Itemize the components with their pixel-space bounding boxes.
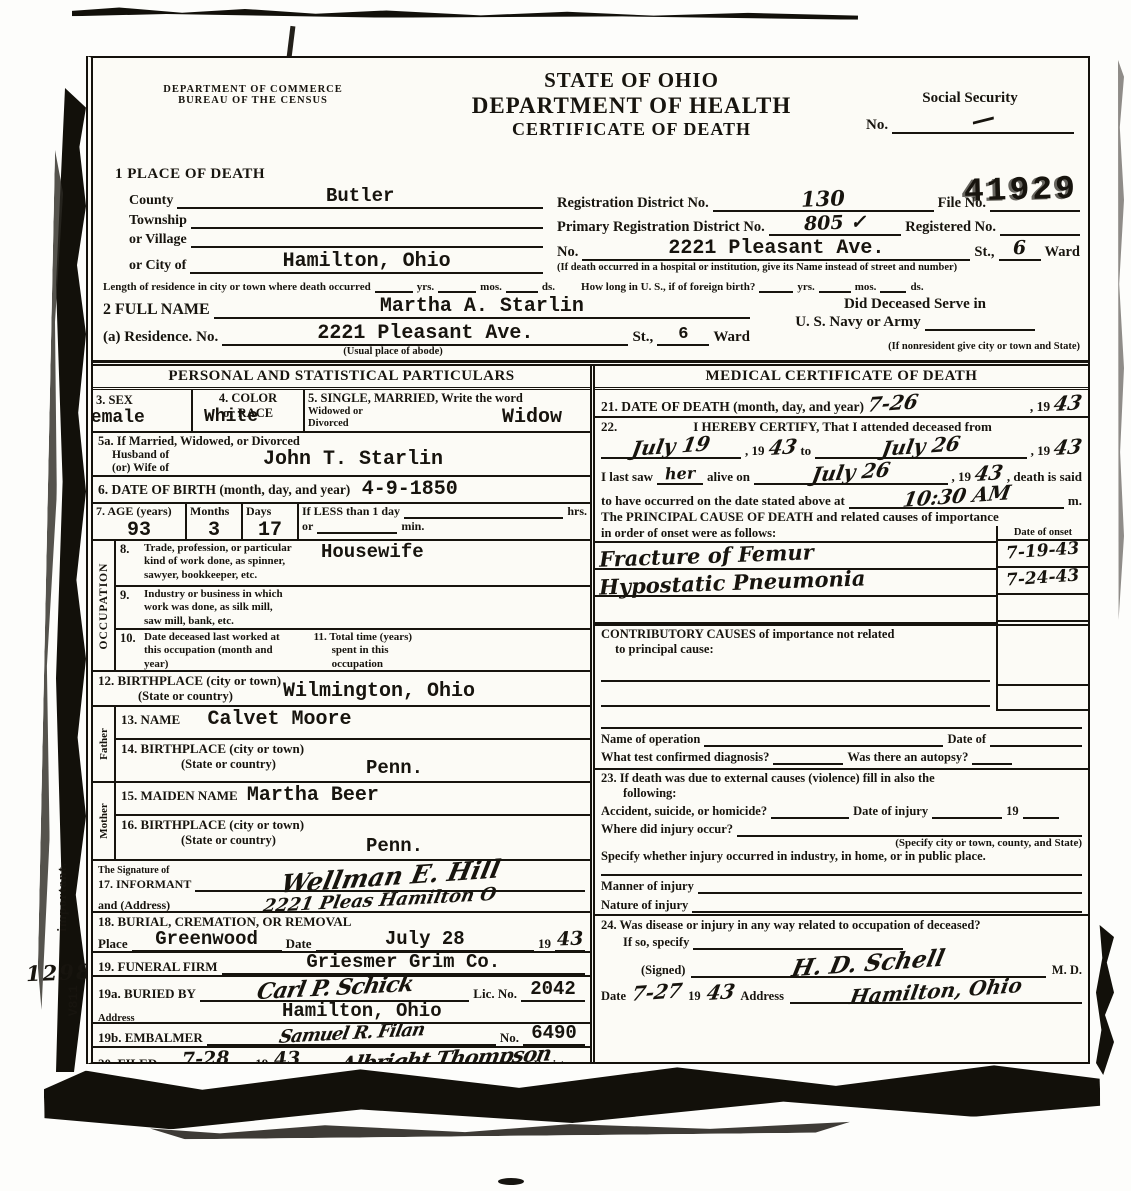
scan-artifact-right-edge [1118,60,1124,620]
contributory-label1: CONTRIBUTORY CAUSES of importance not re… [601,627,990,642]
us-yrs-label: yrs. [797,281,814,293]
informant-label2: 17. INFORMANT [98,877,191,891]
to-label: to [800,443,811,459]
autopsy-label: Was there an autopsy? [847,750,968,765]
place-of-death-block: 1 PLACE OF DEATH County Butler Township … [103,164,543,274]
contributory-blank-line-3 [601,711,1082,729]
onset-blank-line-1 [998,661,1088,686]
village-label: or Village [129,232,187,248]
if-so-field [693,935,903,950]
md-label: M. D. [1052,963,1082,978]
injury-nineteen-label: 19 [1006,804,1019,819]
onset-date-blank-line [998,595,1088,622]
date-of-death-row: 21. DATE OF DEATH (month, day, and year)… [595,390,1088,418]
social-security-label: Social Security [860,90,1080,107]
embalmer-signature-field: Samuel R. Filan [207,1025,496,1046]
occurred-label: to have occurred on the date stated abov… [601,493,845,509]
occupation-row-8: 8. Trade, profession, or particular kind… [116,541,590,587]
hrs-label: hrs. [567,504,587,519]
mother-name-value: Martha Beer [247,784,379,807]
registration-district-field: 130 [713,188,934,212]
test-label: What test confirmed diagnosis? [601,750,769,765]
occupation-row-10-11: 10. Date deceased last worked at this oc… [116,630,590,670]
min-label: min. [401,519,424,534]
m-label: m. [1068,493,1082,509]
occupation-value: Housewife [321,541,424,563]
length-of-residence-line: Length of residence in city or town wher… [103,279,1080,293]
residence-no-field: 2221 Pleasant Ave. [222,323,628,346]
certificate-sheet: Department of Commerce Bureau of the Cen… [86,56,1090,1064]
manner-field [698,879,1082,894]
buried-by-signature-field: Carl P. Schick [200,977,469,1002]
q23-line2: following: [623,786,1082,801]
filed-year-prefix: 19 [255,1056,268,1062]
margin-handwritten-note: 1298 [26,959,93,986]
ssn-field: — [892,113,1074,134]
burial-place-label: Place [98,936,128,952]
cause-2-value: Hypostatic Pneumonia [599,565,866,599]
physician-address-label: Address [740,989,784,1004]
residence-no-label: No. [196,329,218,346]
last-saw-label: I last saw [601,469,653,485]
hospital-note: (If death occurred in a hospital or inst… [557,262,1080,273]
manner-label: Manner of injury [601,879,694,894]
contributory-blank-line-2 [601,682,990,707]
time-of-death-value: 10:30 AM [901,482,1012,511]
days-value: 17 [258,519,282,542]
attended-from-year: 43 [766,434,798,460]
dod-year: 43 [1052,390,1084,416]
months-label: Months [190,504,238,519]
filed-label: 20. FILED [98,1056,157,1062]
residence-ds-field [506,279,538,293]
autopsy-field [972,750,1012,765]
date-of-birth-row: 6. DATE OF BIRTH (month, day, and year) … [93,477,590,504]
specify-line: Specify whether injury occurred in indus… [601,849,1082,864]
burial-place-field: Greenwood [132,930,282,952]
county-value: Butler [326,185,394,207]
onset-column-extension [996,626,1088,711]
row9-text2: work was done, as silk mill, [144,601,273,613]
dod-label: 21. DATE OF DEATH (month, day, and year) [601,399,864,415]
city-field: Hamilton, Ohio [190,251,543,274]
social-security-block: Social Security No. — [860,62,1080,164]
served-line1: Did Deceased Serve in [750,296,1080,313]
street-field: 2221 Pleasant Ave. [582,238,970,261]
dod-value: 7-26 [866,389,920,417]
birthplace-value: Wilmington, Ohio [283,680,475,703]
certify-block: 22. I HEREBY CERTIFY, That I attended de… [595,418,1088,526]
registration-block: 41929 Registration District No. 130 File… [557,164,1080,274]
specify-city-note: (Specify city or town, county, and State… [601,837,1082,849]
funeral-firm-label: 19. FUNERAL FIRM [98,959,218,975]
or-label: or [302,519,313,534]
father-birthplace-row: 14. BIRTHPLACE (city or town) (State or … [116,740,590,781]
cause-1-line: Fracture of Femur [595,543,996,570]
personal-particulars-column: PERSONAL AND STATISTICAL PARTICULARS 3. … [93,366,595,1062]
mother-bp-value: Penn. [366,835,423,857]
attended-to-date: July 26 [880,433,962,460]
mother-birthplace-row: 16. BIRTHPLACE (city or town) (State or … [116,816,590,859]
nature-label: Nature of injury [601,898,688,913]
row11-text1: Total time (years) [329,631,412,643]
residence-ward-label: Ward [713,329,750,346]
age-label: 7. AGE (years) [96,504,182,519]
filed-date-value: 7-28 [182,1049,230,1062]
row8-number: 8. [120,542,144,584]
registered-no-field [1000,219,1080,236]
sex-value: Female [93,408,145,428]
last-saw-handwritten: her [665,466,696,484]
medical-certificate-column: MEDICAL CERTIFICATE OF DEATH 21. DATE OF… [595,366,1088,1062]
attended-to-field: July 26 [815,436,1026,459]
spouse-row: 5a. If Married, Widowed, or Divorced Hus… [93,433,590,477]
onset-date-2: 7-24-43 [1006,565,1080,590]
ds-label: ds. [542,281,555,293]
full-name-field: Martha A. Starlin [214,296,750,319]
occupation-row-9: 9. Industry or business in which work wa… [116,587,590,630]
ward-field: 6 [999,239,1041,261]
registration-district-label: Registration District No. [557,195,709,212]
embalmer-signature: Samuel R. Filan [277,1021,426,1048]
marital-label1: 5. SINGLE, MARRIED, Write the word [308,391,587,406]
residence-label: (a) Residence. [103,329,192,346]
physician-address-value: Hamilton, Ohio [848,975,1024,1008]
us-ds-label: ds. [910,281,923,293]
medical-title: MEDICAL CERTIFICATE OF DEATH [595,366,1088,390]
personal-title: PERSONAL AND STATISTICAL PARTICULARS [93,366,590,390]
city-value: Hamilton, Ohio [283,250,451,273]
alive-on-date: July 26 [810,459,892,486]
age-days-cell: Days 17 [243,504,299,539]
state-title: STATE OF OHIO [403,62,860,93]
filed-year-field: 43 [272,1050,302,1062]
mother-name-label: 15. MAIDEN NAME [121,788,238,803]
mos-label: mos. [480,281,502,293]
accident-label: Accident, suicide, or homicide? [601,804,767,819]
dob-label: 6. DATE OF BIRTH (month, day, and year) [98,482,350,497]
residence-ward-value: 6 [678,325,688,344]
residence-st-label: St., [632,329,653,346]
test-field [773,750,843,765]
father-block: Father 13. NAME Calvet Moore 14. BIRTHPL… [93,707,590,783]
agency-line2: Bureau of the Census [103,95,403,106]
accident-field [771,804,849,819]
months-value: 3 [208,519,220,542]
buried-by-label: 19a. BURIED BY [98,986,196,1002]
injury-date-field [932,804,1002,819]
father-name-label: 13. NAME [121,712,180,727]
sig-date-label: Date [601,989,626,1004]
onset-date-1-line: 7-19-43 [998,541,1088,568]
st-label: St., [974,244,994,261]
scan-artifact-bottom-edge [44,1055,1101,1132]
sig-year-prefix: 19 [688,989,701,1004]
last-saw-field: her [657,466,703,485]
ward-value: 6 [1013,239,1027,259]
spouse-label1: 5a. If Married, Widowed, or Divorced [98,434,585,449]
alive-on-label: alive on [707,469,750,485]
place-of-death-heading: 1 PLACE OF DEATH [115,166,543,183]
operation-date-label: Date of [947,732,986,747]
birthplace-row: 12. BIRTHPLACE (city or town) (State or … [93,672,590,707]
father-vertical-label: Father [98,728,110,760]
age-years-cell: 7. AGE (years) 93 [93,504,187,539]
operation-block: Name of operation Date of What test conf… [595,711,1088,765]
navy-army-block: Did Deceased Serve in U. S. Navy or Army… [750,296,1080,357]
burial-year-prefix: 19 [538,936,551,952]
burial-date-field: July 28 [316,930,534,952]
county-field: Butler [177,187,543,209]
color-label1: 4. COLOR [196,391,300,406]
filed-year-value: 43 [274,1050,301,1062]
occupation-vertical-label-cell: OCCUPATION [93,541,116,670]
township-field [191,212,543,229]
father-name-value: Calvet Moore [207,708,351,731]
village-field [191,232,543,249]
burial-year-value: 43 [556,930,583,951]
days-label: Days [246,504,294,519]
nonresident-note: (If nonresident give city or town and St… [750,341,1080,352]
place-registration-block: 1 PLACE OF DEATH County Butler Township … [103,164,1080,274]
length-of-residence-label: Length of residence in city or town wher… [103,281,371,293]
onset-date-2-line: 7-24-43 [998,568,1088,595]
certificate-header: Department of Commerce Bureau of the Cen… [103,62,1080,164]
scan-artifact-dot [498,1178,524,1185]
filed-row: 20. FILED 7-28 19 43 Albright Thompson R… [93,1048,590,1062]
row9-text1: Industry or business in which [144,588,283,600]
death-said-label: , death is said [1007,469,1082,485]
row10-text1: Date deceased last worked at [144,631,280,643]
principal-cause-line1: The PRINCIPAL CAUSE OF DEATH and related… [601,509,1082,525]
ssn-handwritten-mark: — [970,110,996,127]
onset-blank-line-2 [998,686,1088,711]
to-year-prefix: , 19 [1031,443,1051,459]
issuing-agency: Department of Commerce Bureau of the Cen… [103,62,403,164]
margin-note-important: important. [54,862,70,932]
street-value: 2221 Pleasant Ave. [668,237,884,260]
marital-cell: 5. SINGLE, MARRIED, Write the word Widow… [305,390,590,431]
age-months-cell: Months 3 [187,504,243,539]
cause-blank-line [595,597,996,624]
served-line2: U. S. Navy or Army [795,314,921,331]
operation-field [704,732,943,747]
registrar-label: Registrar. [534,1059,582,1062]
row11-text2: spent in this [332,644,389,656]
yrs-label: yrs. [417,281,434,293]
father-vertical-label-cell: Father [93,707,116,781]
min-field [317,520,397,535]
full-name-label: 2 FULL NAME [103,301,210,319]
registered-no-label: Registered No. [905,219,996,236]
date-of-onset-column: Date of onset 7-19-43 7-24-43 [996,526,1088,624]
dod-year-prefix: , 19 [1030,399,1050,415]
operation-label: Name of operation [601,732,700,747]
how-long-us-label: How long in U. S., if of foreign birth? [581,281,755,293]
if-so-label: If so, specify [623,935,689,950]
external-causes-block: 23. If death was due to external causes … [595,768,1088,914]
sig-year-value: 43 [704,979,736,1005]
signed-label: (Signed) [641,963,685,978]
informant-label1: The Signature of [98,865,170,876]
q24-label: 24. Was disease or injury in any way rel… [601,918,1082,933]
registration-district-value: 130 [801,187,846,211]
where-injury-field [737,822,1082,837]
us-yrs-field [759,279,793,293]
scan-artifact-right-streak [1096,925,1114,1075]
sex-cell: 3. SEX Female [93,390,193,431]
residence-no-value: 2221 Pleasant Ave. [317,322,533,345]
color-cell: 4. COLOR or RACE White [193,390,305,431]
us-mos-field [819,279,851,293]
agency-line1: Department of Commerce [103,84,403,95]
alive-on-field: July 26 [754,462,948,485]
residence-mos-field [438,279,476,293]
mother-block: Mother 15. MAIDEN NAME Martha Beer 16. B… [93,783,590,861]
abode-note: (Usual place of abode) [223,346,563,357]
primary-registration-label: Primary Registration District No. [557,219,765,236]
injury-date-label: Date of injury [853,804,928,819]
operation-date-field [990,732,1082,747]
occupation-relation-block: 24. Was disease or injury in any way rel… [595,914,1088,1006]
row8-text1: Trade, profession, or particular [144,542,292,554]
informant-address-field: 2221 Pleas Hamilton O [174,892,585,913]
registered-number-stamp: 41929 [964,171,1079,211]
injury-year-field [1023,804,1059,819]
physician-address-field: Hamilton, Ohio [790,981,1082,1004]
father-name-row: 13. NAME Calvet Moore [116,707,590,740]
burial-date-value: July 28 [385,928,465,950]
primary-registration-field: 805 ✓ [769,214,901,236]
dob-value: 4-9-1850 [362,478,458,501]
item22-number: 22. [601,419,617,435]
q23-line1: 23. If death was due to external causes … [601,771,1082,786]
certificate-title-block: STATE OF OHIO DEPARTMENT OF HEALTH CERTI… [403,62,860,164]
mother-vertical-label-cell: Mother [93,783,116,859]
burial-place-value: Greenwood [155,928,258,950]
residence-yrs-field [375,279,413,293]
attended-from-date: July 19 [630,433,712,460]
row11-number: 11. [314,631,327,643]
sex-label: 3. SEX [96,393,133,407]
full-name-value: Martha A. Starlin [380,295,584,318]
mother-vertical-label: Mother [98,804,110,839]
lic-no-value: 2042 [530,978,576,1000]
attended-from-field: July 19 [601,436,741,459]
lic-no-field: 2042 [521,980,585,1002]
informant-row: The Signature of 17. INFORMANT Wellman E… [93,861,590,913]
department-title: DEPARTMENT OF HEALTH [403,93,860,119]
row9-text3: saw mill, bank, etc. [144,615,234,627]
occupation-block: OCCUPATION 8. Trade, profession, or part… [93,541,590,672]
lic-no-label: Lic. No. [473,986,517,1002]
where-injury-label: Where did injury occur? [601,822,733,837]
mother-name-row: 15. MAIDEN NAME Martha Beer [116,783,590,816]
row10-text3: year) [144,658,168,670]
informant-address-label: and (Address) [98,898,170,913]
nature-field [692,897,1082,912]
father-bp-label1: 14. BIRTHPLACE (city or town) [121,741,585,757]
margin-form-code: V811 [66,985,81,1016]
buried-by-row: 19a. BURIED BY Carl P. Schick Lic. No. 2… [93,977,590,1024]
burial-year-field: 43 [555,930,585,952]
cause-1-value: Fracture of Femur [599,539,814,571]
specify-blank-line [601,864,1082,876]
scan-artifact-top-smudge [72,7,858,19]
cause-2-line: Hypostatic Pneumonia [595,570,996,597]
informant-signature-field: Wellman E. Hill [195,864,585,892]
burial-row: 18. BURIAL, CREMATION, OR REMOVAL Place … [93,913,590,953]
buried-by-address-label: Address [98,1013,135,1024]
row10-text2: this occupation (month and [144,644,273,656]
funeral-firm-value: Griesmer Grim Co. [306,951,500,973]
row10-number: 10. [120,631,144,669]
street-no-label: No. [557,244,578,261]
hrs-field [404,505,563,520]
residence-ward-field: 6 [657,326,709,346]
certificate-title: CERTIFICATE OF DEATH [403,119,860,140]
color-value: White [204,408,300,426]
contributory-blank-line-1 [601,657,990,682]
buried-by-address-field: Hamilton, Ohio [139,1002,585,1024]
mother-bp-label1: 16. BIRTHPLACE (city or town) [121,817,585,833]
county-label: County [129,193,173,209]
row8-text3: sawyer, bookkeeper, etc. [144,569,257,581]
sig-date-value: 7-27 [630,978,684,1006]
attended-to-year: 43 [1052,434,1084,460]
row9-number: 9. [120,588,144,627]
onset-date-1: 7-19-43 [1006,538,1080,563]
certificate-columns: PERSONAL AND STATISTICAL PARTICULARS 3. … [93,366,1088,1062]
row8-text2: kind of work done, as spinner, [144,555,285,567]
marital-value: Widow [502,406,562,429]
spouse-value: John T. Starlin [263,448,443,471]
from-year-prefix: , 19 [745,443,765,459]
served-field [925,313,1035,331]
contributory-label2: to principal cause: [615,642,990,657]
primary-registration-value: 805 ✓ [804,213,867,235]
less-than-day-cell: If LESS than 1 day hrs. or min. [299,504,590,539]
occupation-vertical-label: OCCUPATION [98,562,110,649]
physician-signature: H. D. Schell [790,946,947,981]
scan-artifact-bottom-edge-2 [150,1118,850,1139]
burial-date-label: Date [286,936,312,952]
time-of-death-field: 10:30 AM [849,486,1064,509]
father-bp-value: Penn. [366,757,423,779]
sex-color-marital-row: 3. SEX Female 4. COLOR or RACE White 5. … [93,390,590,433]
ward-label: Ward [1045,244,1080,261]
less-than-label: If LESS than 1 day [302,504,400,519]
age-value: 93 [127,519,151,542]
full-name-block: 2 FULL NAME Martha A. Starlin (a) Reside… [103,296,1080,357]
contributory-causes-block: CONTRIBUTORY CAUSES of importance not re… [595,626,1088,711]
age-row: 7. AGE (years) 93 Months 3 Days 17 If LE… [93,504,590,541]
us-mos-label: mos. [855,281,877,293]
ssn-no-label: No. [866,117,888,134]
township-label: Township [129,213,187,229]
row11-text3: occupation [332,658,383,670]
principal-causes-table: in order of onset were as follows: Fract… [595,526,1088,626]
city-label: or City of [129,258,186,274]
filed-date-field: 7-28 [161,1050,251,1062]
embalmer-label: 19b. EMBALMER [98,1030,203,1046]
us-ds-field [880,279,906,293]
